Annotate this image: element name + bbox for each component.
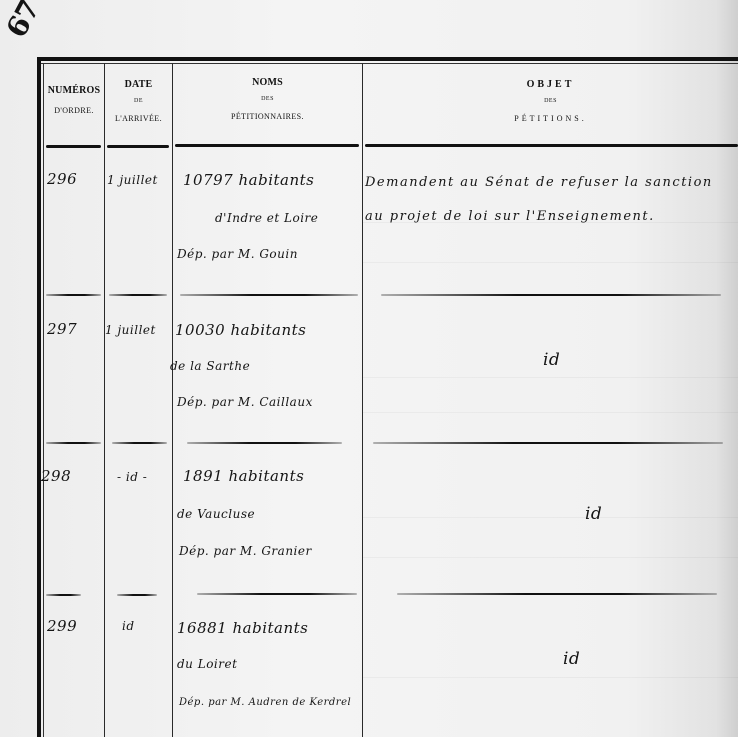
- column-divider-names: [362, 63, 363, 737]
- header-title: OBJET: [363, 79, 738, 90]
- row-separator: [187, 442, 342, 444]
- entry-date: 1 juillet: [107, 173, 158, 187]
- entry-number: 299: [47, 617, 77, 635]
- entry-object-idem: id: [543, 350, 560, 370]
- row-separator: [180, 294, 358, 296]
- entry-object-line: au projet de loi sur l'Enseignement.: [365, 209, 655, 224]
- header-title: DATE: [105, 79, 172, 90]
- row-separator: [117, 594, 157, 596]
- entry-names-line: Dép. par M. Granier: [179, 544, 312, 558]
- row-separator: [46, 594, 81, 596]
- table-left-border: [37, 57, 41, 737]
- entry-date: - id -: [117, 470, 147, 484]
- table-left-inner-border: [43, 63, 44, 737]
- header-subtitle: D'ORDRE.: [44, 106, 104, 115]
- row-separator: [46, 442, 101, 444]
- header-numeros-d-ordre: NUMÉROS D'ORDRE.: [44, 69, 104, 141]
- row-separator: [109, 294, 167, 296]
- entry-names-line: du Loiret: [177, 657, 237, 671]
- entry-number: 297: [47, 320, 77, 338]
- entry-names-line: 16881 habitants: [177, 619, 308, 637]
- header-connector: DES: [173, 96, 362, 102]
- header-subtitle: L'ARRIVÉE.: [105, 114, 172, 123]
- header-subtitle: PÉTITIONNAIRES.: [173, 112, 362, 121]
- entry-number: 298: [41, 467, 71, 485]
- entry-names-line: de la Sarthe: [170, 359, 250, 373]
- header-subtitle: PÉTITIONS.: [363, 114, 738, 123]
- row-separator: [381, 294, 721, 296]
- entry-names-line: Dép. par M. Audren de Kerdrel: [179, 697, 351, 708]
- column-divider-date: [172, 63, 173, 737]
- petition-ledger-table: NUMÉROS D'ORDRE. DATE DE L'ARRIVÉE. NOMS…: [37, 57, 738, 737]
- row-separator: [46, 294, 101, 296]
- header-rule: [365, 144, 738, 147]
- entry-number: 296: [47, 170, 77, 188]
- entry-names-line: 10797 habitants: [183, 171, 314, 189]
- entry-names-line: d'Indre et Loire: [215, 211, 318, 225]
- header-noms-des-petitionnaires: NOMS DES PÉTITIONNAIRES.: [173, 69, 362, 141]
- header-connector: DE: [105, 98, 172, 104]
- entry-object-idem: id: [585, 504, 602, 524]
- header-connector: DES: [363, 98, 738, 104]
- header-rule: [175, 144, 359, 147]
- entry-object-idem: id: [563, 649, 580, 669]
- header-objet-des-petitions: OBJET DES PÉTITIONS.: [363, 69, 738, 141]
- entry-names-line: 1891 habitants: [183, 467, 304, 485]
- row-separator: [197, 593, 357, 595]
- entry-names-line: Dép. par M. Gouin: [177, 247, 298, 261]
- entry-date: id: [122, 619, 135, 633]
- row-separator: [373, 442, 723, 444]
- entry-names-line: 10030 habitants: [175, 321, 306, 339]
- page-number: 67: [0, 0, 46, 43]
- header-date-de-l-arrivee: DATE DE L'ARRIVÉE.: [105, 69, 172, 141]
- table-top-border: [37, 57, 738, 61]
- entry-names-line: de Vaucluse: [177, 507, 255, 521]
- header-title: NOMS: [173, 77, 362, 88]
- header-rule: [46, 145, 101, 148]
- row-separator: [397, 593, 717, 595]
- entry-names-line: Dép. par M. Caillaux: [177, 395, 313, 409]
- column-divider-numbers: [104, 63, 105, 737]
- header-rule: [107, 145, 169, 148]
- table-top-inner-border: [41, 63, 738, 64]
- row-separator: [112, 442, 167, 444]
- entry-object-line: Demandent au Sénat de refuser la sanctio…: [365, 175, 713, 190]
- entry-date: 1 juillet: [105, 323, 156, 337]
- header-title: NUMÉROS: [44, 85, 104, 96]
